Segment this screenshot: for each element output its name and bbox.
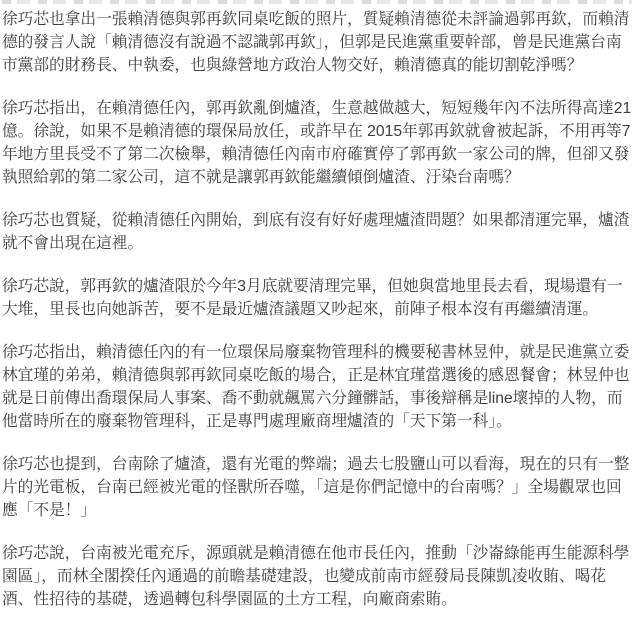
paragraph-2: 徐巧芯指出，在賴清德任內，郭再欽亂倒爐渣，生意越做越大，短短幾年內不法所得高達2… — [2, 97, 632, 189]
article-body: 徐巧芯也拿出一張賴清德與郭再欽同桌吃飯的照片，質疑賴清德從未評論過郭再欽，而賴清… — [0, 0, 637, 611]
paragraph-5: 徐巧芯指出，賴清德任內的有一位環保局廢棄物管理科的機要秘書林昱仲，就是民進黨立委… — [2, 341, 632, 433]
paragraph-1: 徐巧芯也拿出一張賴清德與郭再欽同桌吃飯的照片，質疑賴清德從未評論過郭再欽，而賴清… — [2, 8, 632, 77]
paragraph-4: 徐巧芯說，郭再欽的爐渣限於今年3月底就要清理完畢，但她與當地里長去看，現場還有一… — [2, 275, 632, 321]
cropped-text-remnant — [2, 0, 632, 4]
paragraph-3: 徐巧芯也質疑，從賴清德任內開始，到底有沒有好好處理爐渣問題？如果都清運完畢，爐渣… — [2, 209, 632, 255]
paragraph-6: 徐巧芯也提到，台南除了爐渣，還有光電的弊端；過去七股鹽山可以看海，現在的只有一整… — [2, 453, 632, 522]
paragraph-7: 徐巧芯說，台南被光電充斥，源頭就是賴清德在他市長任內，推動「沙崙綠能再生能源科學… — [2, 542, 632, 611]
